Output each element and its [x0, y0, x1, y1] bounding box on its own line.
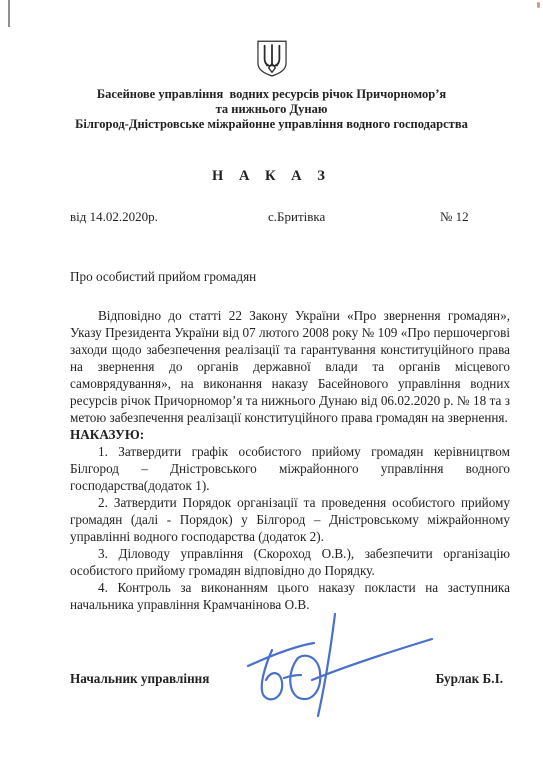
order-item-4: 4. Контроль за виконанням цього наказу п… — [70, 579, 510, 613]
order-item-3: 3. Діловоду управління (Скороход О.В.), … — [70, 545, 510, 579]
document-subject: Про особистий прийом громадян — [70, 268, 510, 285]
document-number: № 12 — [440, 209, 469, 225]
signatory-name: Бурлак Б.І. — [436, 671, 503, 687]
order-item-1: 1. Затвердити графік особистого прийому … — [70, 443, 510, 494]
scan-artifact-line — [8, 0, 10, 27]
org-name-line3: Білгород-Дністровське міжрайонне управлі… — [0, 117, 543, 132]
ukraine-trident-emblem — [255, 39, 289, 79]
preamble-paragraph: Відповідно до статті 22 Закону України «… — [70, 307, 510, 426]
document-place: с.Бритівка — [268, 209, 325, 225]
meta-row: від 14.02.2020р. с.Бритівка № 12 — [0, 209, 543, 226]
document-title: Н А К А З — [0, 168, 543, 185]
document-body: Про особистий прийом громадян Відповідно… — [70, 268, 510, 613]
org-name-line1: Басейнове управління водних ресурсів річ… — [0, 87, 543, 102]
order-heading: НАКАЗУЮ: — [70, 426, 510, 443]
order-item-2: 2. Затвердити Порядок організації та про… — [70, 494, 510, 545]
scan-artifact-dot — [537, 2, 540, 8]
signatory-position: Начальник управління — [70, 671, 209, 687]
org-name-line2: та нижнього Дунаю — [0, 102, 543, 117]
document-date: від 14.02.2020р. — [70, 209, 158, 225]
document-page: Басейнове управління водних ресурсів річ… — [0, 0, 543, 768]
signature-row: Начальник управління Бурлак Б.І. — [70, 671, 503, 687]
